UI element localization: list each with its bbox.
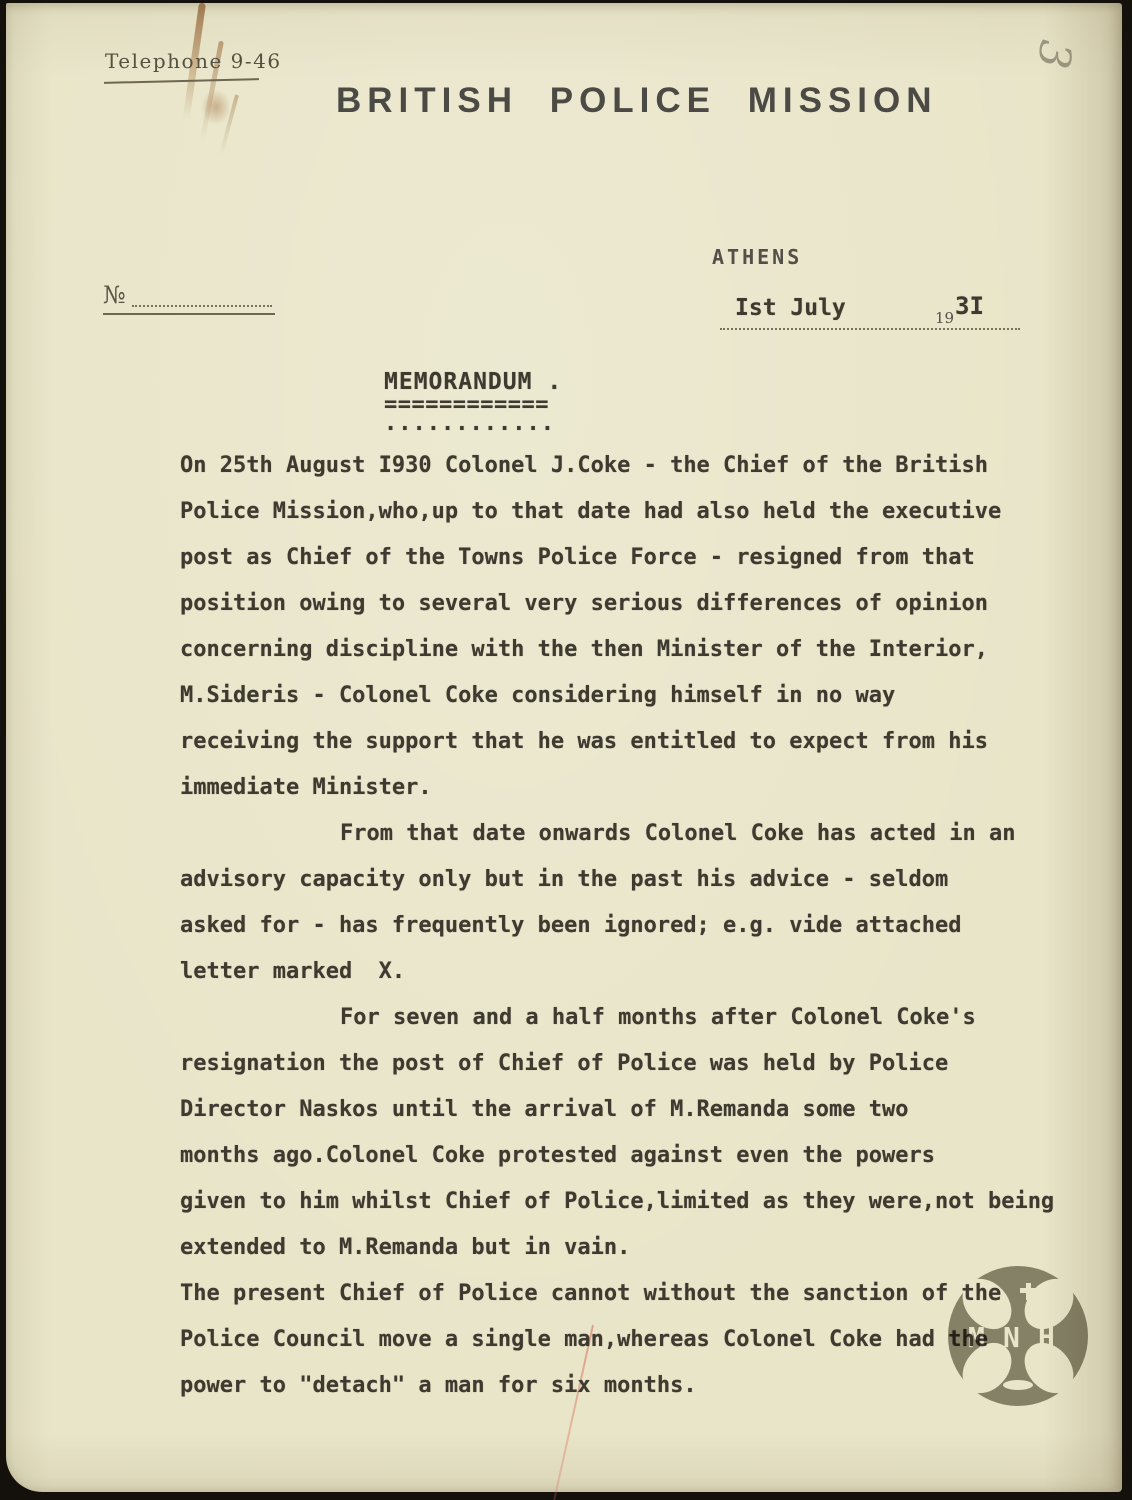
date-printed-year-prefix: 19 xyxy=(935,309,954,327)
stamp-letter: N xyxy=(1003,1321,1020,1354)
memo-line: given to him whilst Chief of Police,limi… xyxy=(180,1189,1100,1235)
archive-stamp-icon: M N H xyxy=(939,1257,1097,1415)
memo-line: asked for - has frequently been ignored;… xyxy=(180,913,1100,959)
memo-line: immediate Minister. xyxy=(180,775,1100,821)
number-field-rule xyxy=(103,313,275,315)
date-typed-day-month: Ist July xyxy=(735,295,846,321)
letterhead-title: BRITISH POLICE MISSION xyxy=(336,81,938,121)
memo-line: letter marked X. xyxy=(180,959,1100,1005)
number-field-label: № xyxy=(103,281,126,309)
paper-sheet: 3 Telephone 9-46 BRITISH POLICE MISSION … xyxy=(6,3,1122,1492)
letterhead-place: ATHENS xyxy=(712,245,802,269)
handwritten-page-number: 3 xyxy=(1027,37,1081,72)
number-field-dotted-line xyxy=(132,285,272,307)
memo-line: For seven and a half months after Colone… xyxy=(180,1005,1100,1051)
telephone-underline xyxy=(104,78,259,84)
memo-line: months ago.Colonel Coke protested agains… xyxy=(180,1143,1100,1189)
memo-line: position owing to several very serious d… xyxy=(180,591,1100,637)
rust-stain-blob xyxy=(201,89,231,125)
scanned-document: 3 Telephone 9-46 BRITISH POLICE MISSION … xyxy=(0,0,1132,1500)
memo-line: concerning discipline with the then Mini… xyxy=(180,637,1100,683)
memo-heading-dots: ............ xyxy=(384,411,555,436)
memo-line: Director Naskos until the arrival of M.R… xyxy=(180,1097,1100,1143)
memo-line: On 25th August I930 Colonel J.Coke - the… xyxy=(180,453,1100,499)
memo-line: receiving the support that he was entitl… xyxy=(180,729,1100,775)
letterhead-telephone: Telephone 9-46 xyxy=(105,49,282,73)
memo-line: Police Mission,who,up to that date had a… xyxy=(180,499,1100,545)
memo-line: post as Chief of the Towns Police Force … xyxy=(180,545,1100,591)
stamp-letter: H xyxy=(1038,1321,1055,1354)
memo-line: From that date onwards Colonel Coke has … xyxy=(180,821,1100,867)
memo-line: M.Sideris - Colonel Coke considering him… xyxy=(180,683,1100,729)
stamp-letter: M xyxy=(968,1321,985,1354)
memo-line: resignation the post of Chief of Police … xyxy=(180,1051,1100,1097)
date-typed-year: 3I xyxy=(955,292,984,320)
memo-line: advisory capacity only but in the past h… xyxy=(180,867,1100,913)
